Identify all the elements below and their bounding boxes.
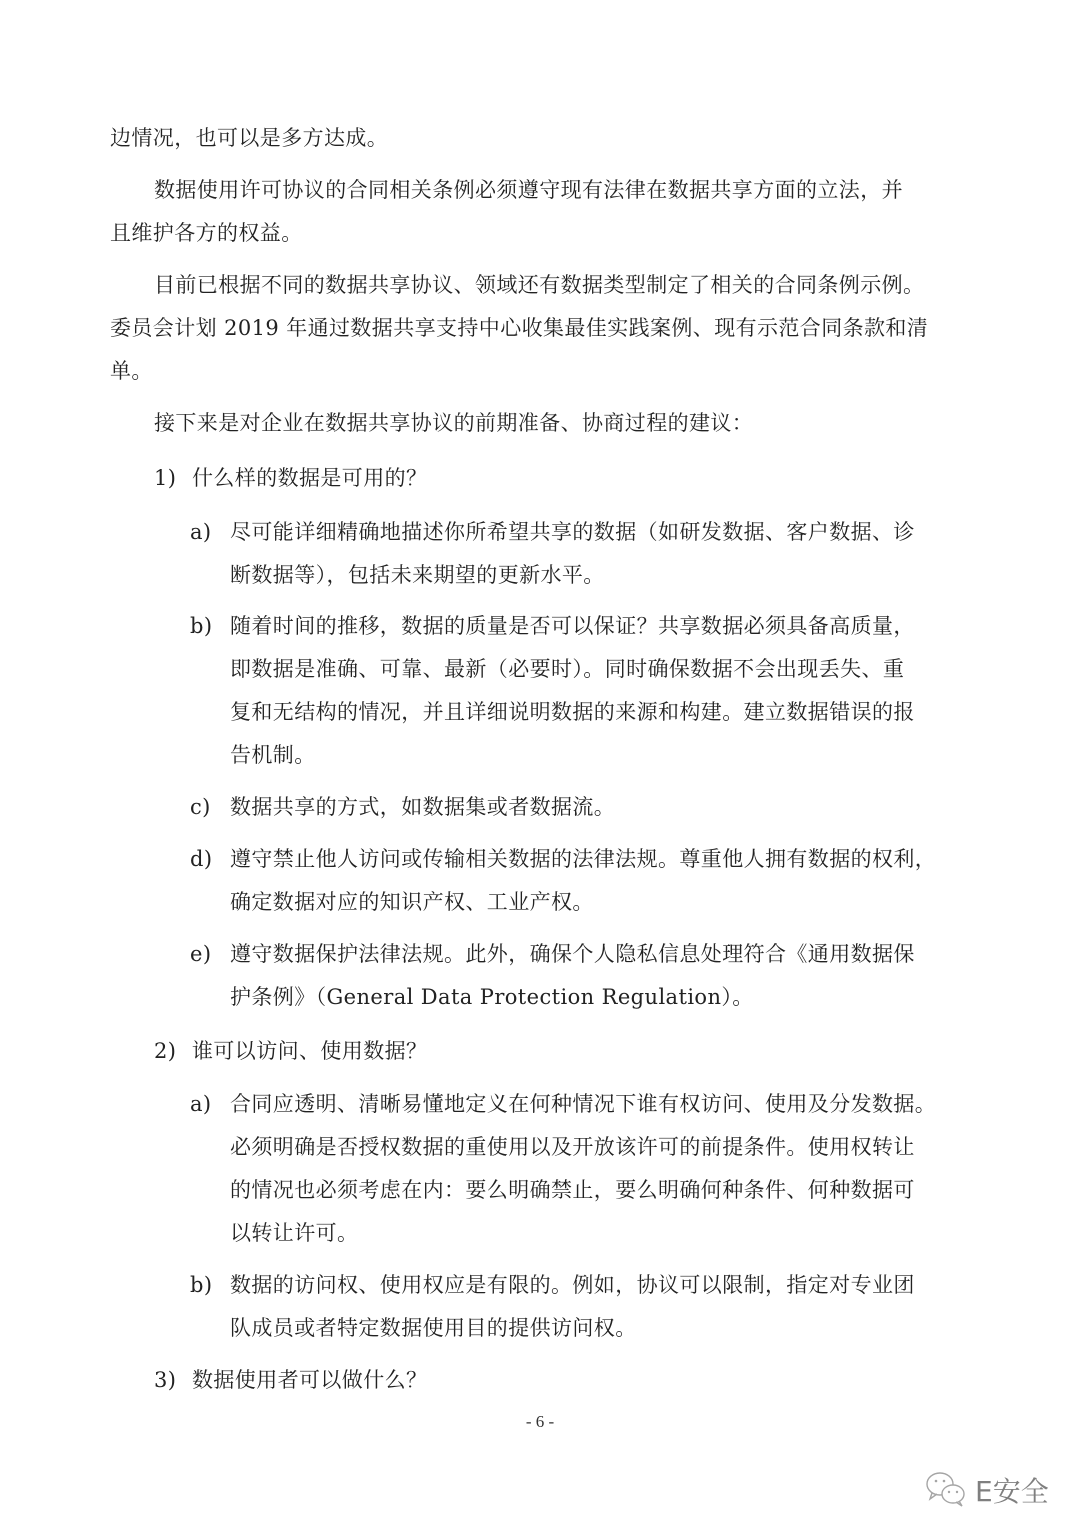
item-line: 数据的访问权、使用权应是有限的。例如，协议可以限制，指定对专业团 — [230, 1271, 915, 1299]
item-line: 告机制。 — [230, 741, 316, 769]
paragraph-line: 数据使用许可协议的合同相关条例必须遵守现有法律在数据共享方面的立法，并 — [154, 176, 903, 204]
item-line: 即数据是准确、可靠、最新（必要时）。同时确保数据不会出现丢失、重 — [230, 655, 904, 683]
watermark: E安全 — [925, 1470, 1049, 1510]
paragraph-line: 委员会计划 2019 年通过数据共享支持中心收集最佳实践案例、现有示范合同条款和… — [110, 314, 928, 342]
item-label: c) — [190, 793, 211, 821]
item-line: 数据共享的方式，如数据集或者数据流。 — [230, 793, 615, 821]
item-label: b) — [190, 1271, 212, 1299]
section-number: 2) — [154, 1037, 176, 1065]
item-line: 随着时间的推移，数据的质量是否可以保证？共享数据必须具备高质量， — [230, 612, 915, 640]
wechat-icon — [925, 1470, 969, 1510]
section-title: 谁可以访问、使用数据？ — [192, 1037, 427, 1065]
watermark-text: E安全 — [975, 1470, 1049, 1510]
item-line: 合同应透明、清晰易懂地定义在何种情况下谁有权访问、使用及分发数据。 — [230, 1090, 936, 1118]
item-line: 确定数据对应的知识产权、工业产权。 — [230, 888, 594, 916]
section-number: 3) — [154, 1366, 176, 1394]
paragraph-line: 接下来是对企业在数据共享协议的前期准备、协商过程的建议： — [154, 409, 753, 437]
item-label: a) — [190, 1090, 212, 1118]
paragraph-line: 单。 — [110, 357, 153, 385]
item-line: 尽可能详细精确地描述你所希望共享的数据（如研发数据、客户数据、诊 — [230, 518, 915, 546]
item-line: 遵守禁止他人访问或传输相关数据的法律法规。尊重他人拥有数据的权利， — [230, 845, 936, 873]
section-title: 数据使用者可以做什么？ — [192, 1366, 427, 1394]
section-title: 什么样的数据是可用的？ — [192, 464, 427, 492]
item-line: 断数据等），包括未来期望的更新水平。 — [230, 561, 605, 589]
item-line: 遵守数据保护法律法规。此外，确保个人隐私信息处理符合《通用数据保 — [230, 940, 915, 968]
item-label: e) — [190, 940, 211, 968]
paragraph-line: 边情况，也可以是多方达成。 — [110, 124, 388, 152]
item-line: 以转让许可。 — [230, 1219, 358, 1247]
item-line: 必须明确是否授权数据的重使用以及开放该许可的前提条件。使用权转让 — [230, 1133, 915, 1161]
item-line: 护条例》（General Data Protection Regulation）… — [230, 983, 754, 1011]
page-number: - 6 - — [0, 1412, 1080, 1432]
item-line: 的情况也必须考虑在内：要么明确禁止，要么明确何种条件、何种数据可 — [230, 1176, 915, 1204]
paragraph-line: 目前已根据不同的数据共享协议、领域还有数据类型制定了相关的合同条例示例。 — [154, 271, 924, 299]
section-number: 1) — [154, 464, 176, 492]
paragraph-line: 且维护各方的权益。 — [110, 219, 303, 247]
item-label: b) — [190, 612, 212, 640]
item-label: d) — [190, 845, 212, 873]
item-line: 复和无结构的情况，并且详细说明数据的来源和构建。建立数据错误的报 — [230, 698, 915, 726]
item-label: a) — [190, 518, 212, 546]
item-line: 队成员或者特定数据使用目的提供访问权。 — [230, 1314, 637, 1342]
